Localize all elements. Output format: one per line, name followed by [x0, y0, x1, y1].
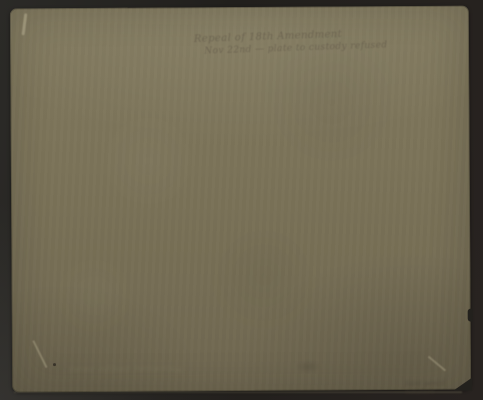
pencil-note-bottom-right-line1: faint pencil [405, 380, 445, 388]
photo-background: Repeal of 18th Amendment Nov 22nd — plat… [0, 0, 483, 400]
ghost-lettering-bottom-left: faint offset lettering [69, 364, 194, 374]
edge-notch-right [468, 309, 473, 322]
board-paper-texture [10, 6, 471, 393]
damaged-corner-bottom-right [453, 378, 472, 391]
mount-board-verso: Repeal of 18th Amendment Nov 22nd — plat… [10, 6, 471, 393]
pencil-note-bottom-right-line2: notation [405, 388, 435, 396]
pencil-note-bottom-right: faint pencil notation [405, 380, 445, 396]
